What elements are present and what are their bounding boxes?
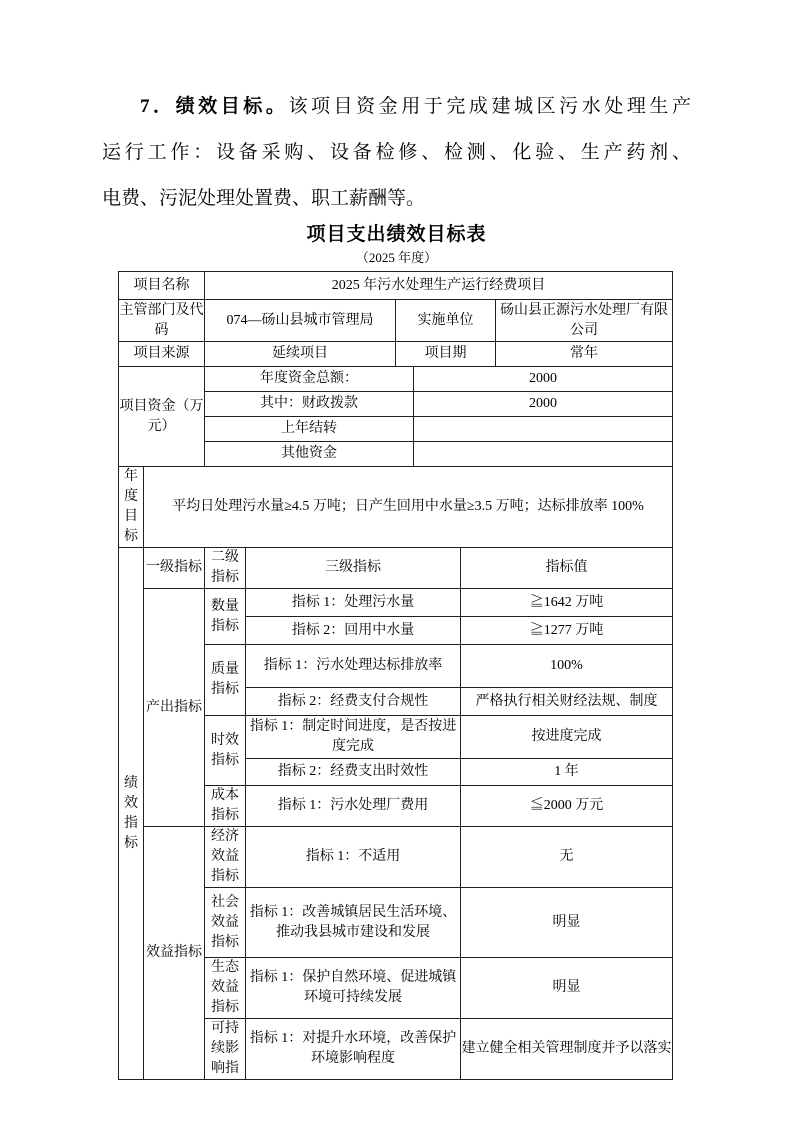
annual-goal-label: 年度目标 [119,467,144,548]
funds-total-label: 年度资金总额： [205,367,414,392]
indicator-text: 指标 2：经费支出时效性 [246,759,461,786]
dept-value: 074—砀山县城市管理局 [205,300,396,342]
indicator-text: 指标 1：污水处理达标排放率 [246,645,461,688]
indicator-value: 建立健全相关管理制度并予以落实 [461,1019,673,1080]
funds-total-value: 2000 [414,367,673,392]
table-title: 项目支出绩效目标表 [102,222,691,248]
table-subtitle: （2025 年度） [102,248,691,268]
indicator-text: 指标 2：回用中水量 [246,617,461,645]
indicator-value: 100% [461,645,673,688]
indicator-text: 指标 1：改善城镇居民生活环境、推动我县城市建设和发展 [246,888,461,958]
table-row: 项目名称 2025 年污水处理生产运行经费项目 [119,272,673,300]
indicator-value: ≧1277 万吨 [461,617,673,645]
intro-paragraph: 7．绩效目标。该项目资金用于完成建城区污水处理生产 运行工作：设备采购、设备检修… [102,84,691,222]
level2-quantity: 数量指标 [205,589,246,645]
annual-goal-text: 平均日处理污水量≥4.5 万吨；日产生回用中水量≥3.5 万吨；达标排放率 10… [144,467,673,548]
header-level2: 二级指标 [205,548,246,589]
funds-carryover-value [414,417,673,442]
funds-other-value [414,442,673,467]
intro-line-1: 7．绩效目标。该项目资金用于完成建城区污水处理生产 [102,84,691,130]
funds-fiscal-label: 其中：财政拨款 [205,392,414,417]
page-content: 7．绩效目标。该项目资金用于完成建城区污水处理生产 运行工作：设备采购、设备检修… [0,0,793,1080]
performance-target-table: 项目名称 2025 年污水处理生产运行经费项目 主管部门及代码 074—砀山县城… [118,271,673,1080]
header-level1: 一级指标 [144,548,205,589]
indicator-value: ≧1642 万吨 [461,589,673,617]
level2-economic: 经济效益指标 [205,827,246,888]
impl-unit-label: 实施单位 [396,300,496,342]
header-value: 指标值 [461,548,673,589]
funds-carryover-label: 上年结转 [205,417,414,442]
impl-unit-value: 砀山县正源污水处理厂有限公司 [496,300,673,342]
period-label: 项目期 [396,342,496,367]
indicator-text: 指标 1：保护自然环境、促进城镇环境可持续发展 [246,958,461,1019]
indicator-row: 效益指标 经济效益指标 指标 1：不适用 无 [119,827,673,888]
indicator-text: 指标 1：处理污水量 [246,589,461,617]
indicator-value: ≦2000 万元 [461,786,673,827]
indicator-row: 产出指标 数量指标 指标 1：处理污水量 ≧1642 万吨 [119,589,673,617]
project-name-label: 项目名称 [119,272,205,300]
level2-social: 社会效益指标 [205,888,246,958]
intro-line-1-text: 该项目资金用于完成建城区污水处理生产 [288,96,691,117]
level1-benefit: 效益指标 [144,827,205,1080]
table-row: 绩效指标 一级指标 二级指标 三级指标 指标值 [119,548,673,589]
table-row: 年度目标 平均日处理污水量≥4.5 万吨；日产生回用中水量≥3.5 万吨；达标排… [119,467,673,548]
intro-heading: 7．绩效目标。 [140,96,288,117]
funds-other-label: 其他资金 [205,442,414,467]
dept-label: 主管部门及代码 [119,300,205,342]
header-level3: 三级指标 [246,548,461,589]
level2-ecological: 生态效益指标 [205,958,246,1019]
document-page: 7．绩效目标。该项目资金用于完成建城区污水处理生产 运行工作：设备采购、设备检修… [0,0,793,1122]
table-row: 主管部门及代码 074—砀山县城市管理局 实施单位 砀山县正源污水处理厂有限公司 [119,300,673,342]
indicator-text: 指标 1：制定时间进度，是否按进度完成 [246,716,461,759]
period-value: 常年 [496,342,673,367]
level2-quality: 质量指标 [205,645,246,716]
performance-indicator-side-label: 绩效指标 [119,548,144,1080]
indicator-text: 指标 1：不适用 [246,827,461,888]
intro-line-3: 电费、污泥处理处置费、职工薪酬等。 [102,176,691,222]
indicator-value: 严格执行相关财经法规、制度 [461,688,673,716]
indicator-value: 无 [461,827,673,888]
source-label: 项目来源 [119,342,205,367]
project-name-value: 2025 年污水处理生产运行经费项目 [205,272,673,300]
indicator-text: 指标 1：污水处理厂费用 [246,786,461,827]
level2-cost: 成本指标 [205,786,246,827]
funds-label: 项目资金（万元） [119,367,205,467]
table-row: 项目资金（万元） 年度资金总额： 2000 [119,367,673,392]
indicator-text: 指标 1：对提升水环境，改善保护环境影响程度 [246,1019,461,1080]
indicator-value: 明显 [461,888,673,958]
funds-fiscal-value: 2000 [414,392,673,417]
table-row: 项目来源 延续项目 项目期 常年 [119,342,673,367]
indicator-value: 按进度完成 [461,716,673,759]
level2-sustainability: 可持续影响指 [205,1019,246,1080]
indicator-value: 明显 [461,958,673,1019]
level2-timeliness: 时效指标 [205,716,246,786]
indicator-value: 1 年 [461,759,673,786]
indicator-text: 指标 2：经费支付合规性 [246,688,461,716]
source-value: 延续项目 [205,342,396,367]
level1-output: 产出指标 [144,589,205,827]
intro-line-2: 运行工作：设备采购、设备检修、检测、化验、生产药剂、 [102,130,691,176]
